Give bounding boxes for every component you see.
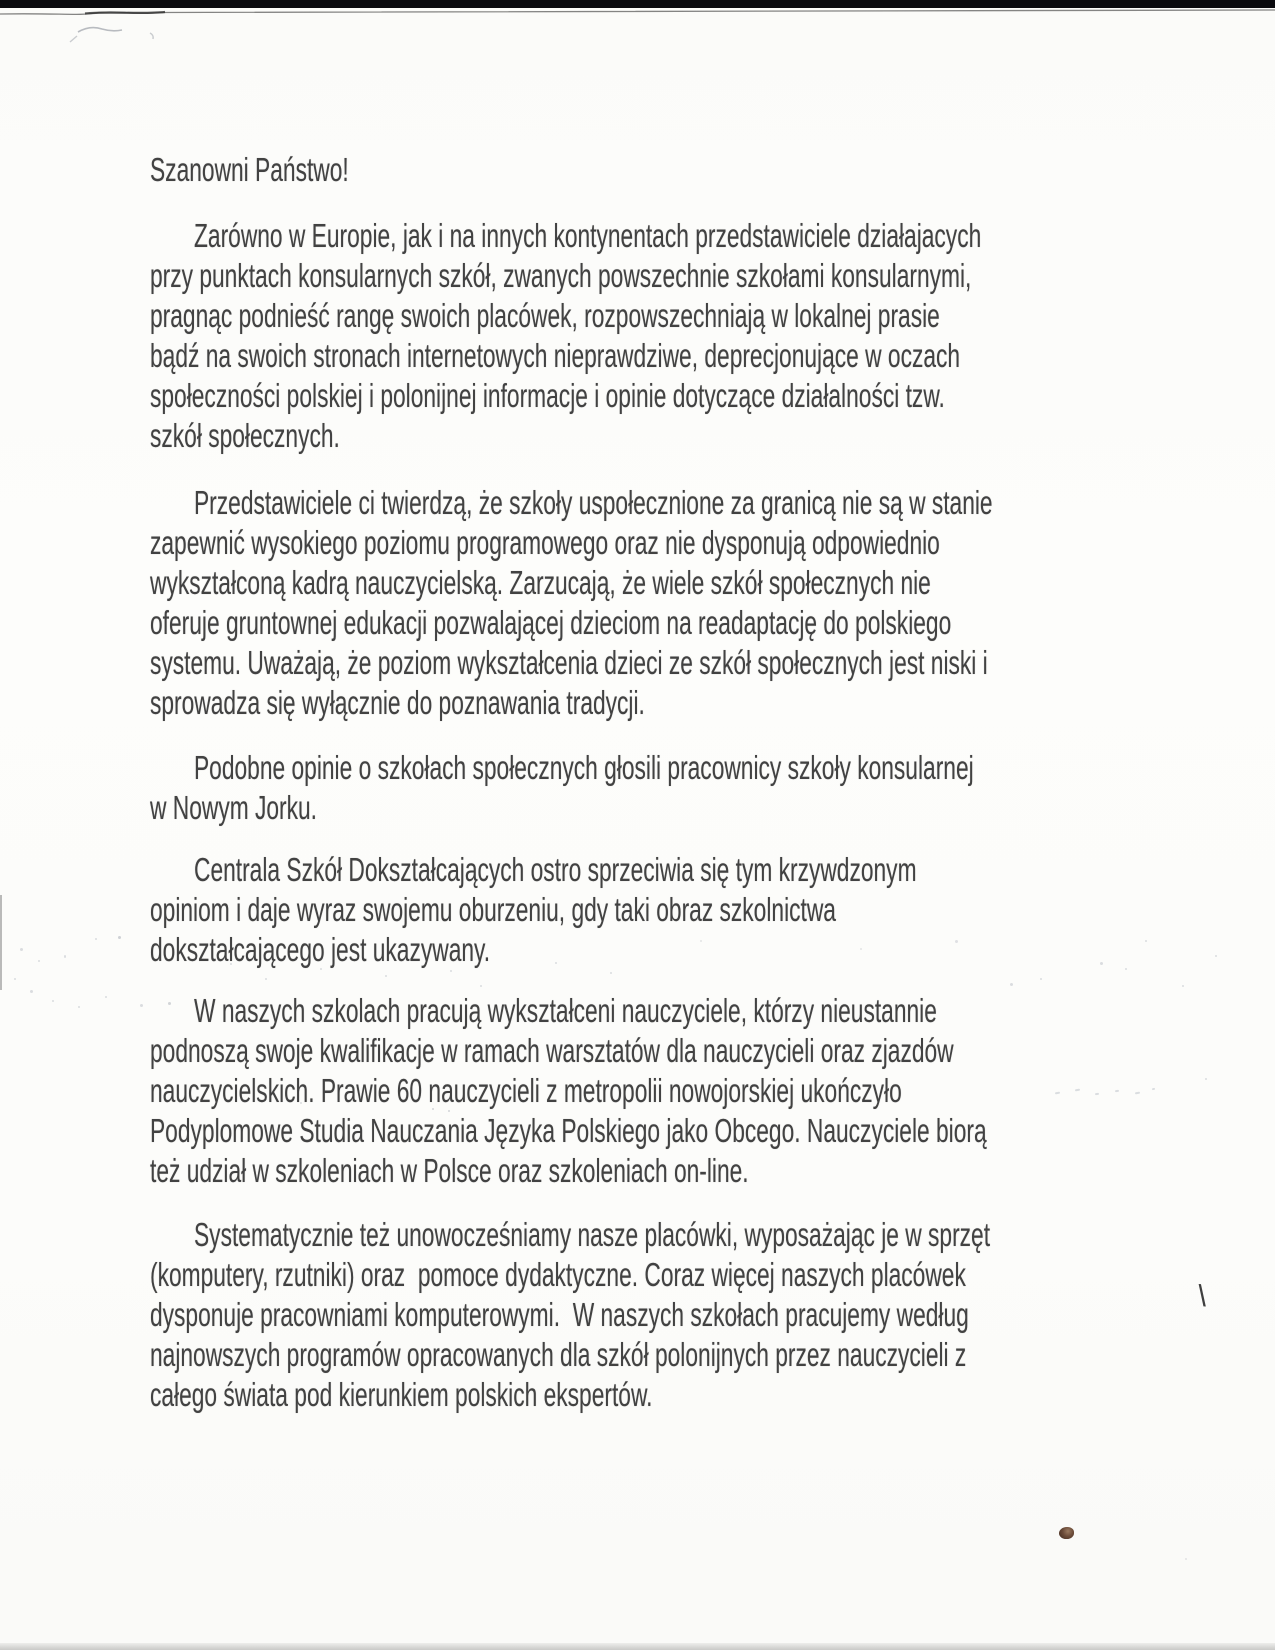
scanned-letter-page: Szanowni Państwo! Zarówno w Europie, jak… xyxy=(0,0,1275,1650)
scan-speckle xyxy=(555,962,557,964)
text-line: sprowadza się wyłącznie do poznawania tr… xyxy=(150,683,988,723)
text-line: bądź na swoich stronach internetowych ni… xyxy=(150,336,971,376)
page-edge-shadow xyxy=(0,895,2,990)
scan-speckle xyxy=(38,960,40,962)
scan-speckle xyxy=(385,975,387,977)
scan-speckle xyxy=(1215,955,1217,957)
scan-speckle xyxy=(1182,985,1184,987)
text-line: całego świata pod kierunkiem polskich ek… xyxy=(150,1375,976,1415)
text-line: pragnąc podnieść rangę swoich placówek, … xyxy=(150,296,971,336)
scan-speckle xyxy=(168,1002,171,1005)
paragraph-6: Systematycznie też unowocześniamy nasze … xyxy=(150,1215,1275,1415)
text-line: opiniom i daje wyraz swojemu oburzeniu, … xyxy=(150,890,903,930)
text-line: (komputery, rzutniki) oraz pomoce dydakt… xyxy=(150,1255,976,1295)
letter-salutation: Szanowni Państwo! xyxy=(150,150,349,190)
scan-speckle xyxy=(955,940,958,943)
text-line: dysponuje pracowniami komputerowymi. W n… xyxy=(150,1295,976,1335)
paragraph-5: W naszych szkolach pracują wykształceni … xyxy=(150,991,1275,1191)
paragraph-1: Zarówno w Europie, jak i na innych konty… xyxy=(150,216,1275,456)
text-line: wykształconą kadrą nauczycielską. Zarzuc… xyxy=(150,563,988,603)
text-line: systemu. Uważają, że poziom wykształceni… xyxy=(150,643,988,683)
scan-speckle xyxy=(1040,978,1042,980)
scan-speckle xyxy=(610,972,612,974)
paragraph-2: Przedstawiciele ci twierdzą, że szkoły u… xyxy=(150,483,1275,723)
scan-speckle xyxy=(230,963,232,965)
scan-speckle xyxy=(700,940,702,942)
text-line: Przedstawiciele ci twierdzą, że szkoły u… xyxy=(194,483,1001,523)
scan-speckle xyxy=(20,948,23,951)
scan-speckle xyxy=(1145,940,1147,942)
scan-speckle xyxy=(78,1006,80,1008)
scan-speckle xyxy=(448,1110,450,1112)
scan-speckle xyxy=(1125,968,1127,970)
text-line: przy punktach konsularnych szkół, zwanyc… xyxy=(150,256,971,296)
scan-speckle xyxy=(300,1102,302,1104)
stray-pen-mark: \ xyxy=(1197,1282,1207,1312)
text-line: zapewnić wysokiego poziomu programowego … xyxy=(150,523,988,563)
scan-crease-line xyxy=(0,0,1275,48)
text-line: społeczności polskiej i polonijnej infor… xyxy=(150,376,971,416)
text-line: oferuje gruntownej edukacji pozwalającej… xyxy=(150,603,988,643)
scan-speckle xyxy=(30,990,33,993)
scan-speckle xyxy=(860,948,862,950)
scan-speckle xyxy=(450,970,452,972)
text-line: Zarówno w Europie, jak i na innych konty… xyxy=(194,216,985,256)
scan-speckle xyxy=(95,938,97,940)
text-line: W naszych szkolach pracują wykształceni … xyxy=(194,991,1000,1031)
text-line: najnowszych programów opracowanych dla s… xyxy=(150,1335,976,1375)
scan-speckle xyxy=(140,1004,143,1007)
scan-speckle xyxy=(265,978,267,980)
scan-speckle xyxy=(1100,962,1103,965)
scan-speckle xyxy=(1010,983,1013,986)
text-line: Systematycznie też unowocześniamy nasze … xyxy=(194,1215,990,1255)
text-line: w Nowym Jorku. xyxy=(150,788,960,828)
text-line: Podobne opinie o szkołach społecznych gł… xyxy=(194,748,974,788)
scan-speckle xyxy=(320,968,322,970)
scan-speckle xyxy=(14,978,16,980)
scan-speckle xyxy=(1185,1558,1187,1560)
text-line: nauczycielskich. Prawie 60 nauczycieli z… xyxy=(150,1071,987,1111)
paragraph-4: Centrala Szkół Dokształcających ostro sp… xyxy=(150,850,1241,970)
text-line: Centrala Szkół Dokształcających ostro sp… xyxy=(194,850,917,890)
text-line: szkół społecznych. xyxy=(150,416,971,456)
text-line: dokształcającego jest ukazywany. xyxy=(150,930,903,970)
text-line: podnoszą swoje kwalifikacje w ramach war… xyxy=(150,1031,987,1071)
text-line: Podyplomowe Studia Nauczania Języka Pols… xyxy=(150,1111,987,1151)
scan-speckle xyxy=(432,1108,434,1110)
scan-speckle xyxy=(118,936,121,939)
paragraph-3: Podobne opinie o szkołach społecznych gł… xyxy=(150,748,1275,828)
scan-speckle xyxy=(52,1000,54,1002)
ink-speck xyxy=(1059,1527,1074,1539)
text-line: też udział w szkoleniach w Polsce oraz s… xyxy=(150,1151,987,1191)
scan-speckle xyxy=(480,985,482,987)
scan-speckle xyxy=(1205,1078,1207,1080)
scan-speckle xyxy=(64,955,66,958)
scan-speckle xyxy=(105,996,107,998)
page-bottom-edge xyxy=(0,1643,1275,1650)
